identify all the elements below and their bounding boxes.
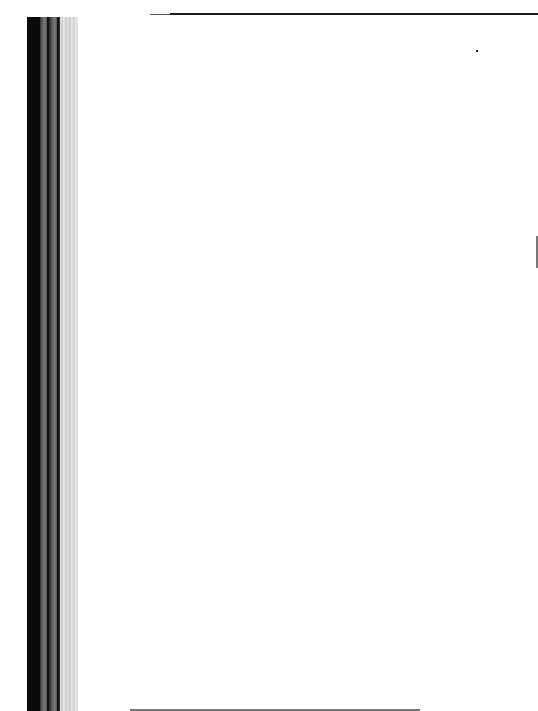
page-edges <box>60 17 78 711</box>
top-edge-rule <box>170 13 538 15</box>
book-spine-shadow <box>27 17 40 711</box>
page-content <box>90 30 520 690</box>
